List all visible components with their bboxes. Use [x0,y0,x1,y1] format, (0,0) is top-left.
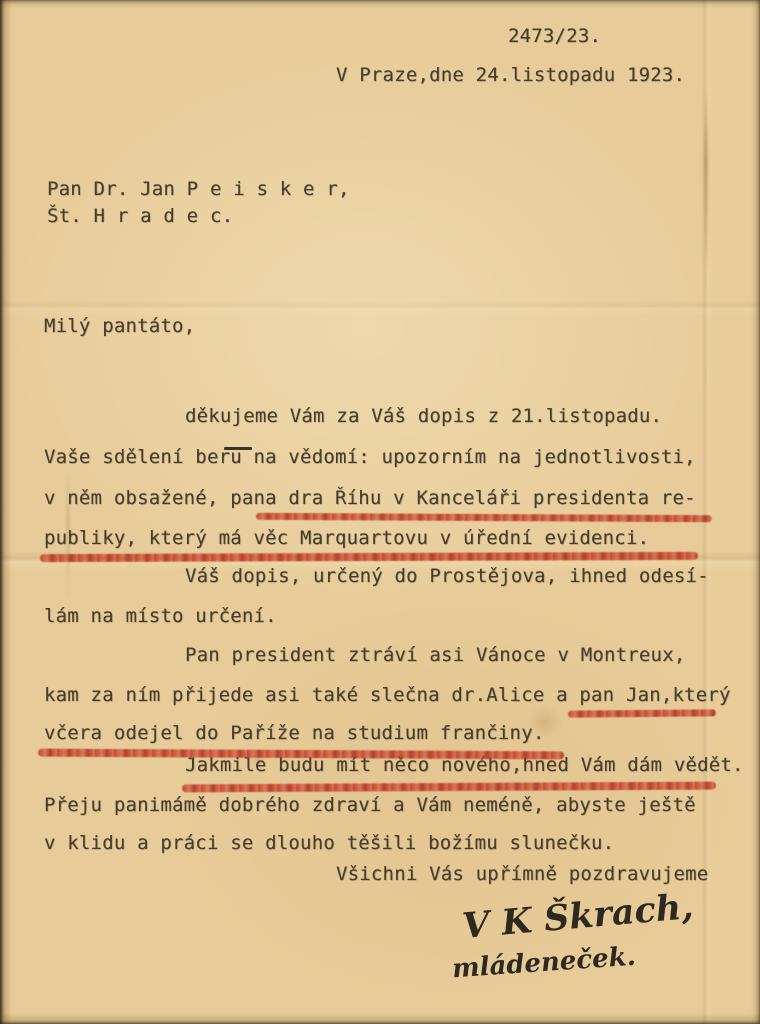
handwritten-signature: V K Škrach, [461,886,695,947]
body-line: v něm obsažené, pana dra Říhu v Kancelář… [44,486,696,510]
body-line: kam za ním přijede asi také slečna dr.Al… [44,683,731,707]
reference-number: 2473/23. [508,24,601,48]
body-line: publiky, který má věc Marquartovu v úřed… [44,526,649,550]
red-underline [568,709,716,717]
scanned-letter-page: 2473/23. V Praze,dne 24.listopadu 1923. … [0,0,760,1024]
paper-crease [66,470,70,600]
red-underline [40,552,698,562]
red-underline [38,749,564,760]
closing-line: Všichni Vás upřímně pozdravujeme [336,862,708,886]
body-line: Vaše sdělení beru na vědomí: upozorním n… [44,445,696,469]
paper-crease [704,92,708,272]
body-line: včera odejel do Paříže na studium franči… [44,721,544,745]
body-line: v klidu a práci se dlouho těšili božímu … [44,831,614,855]
salutation: Milý pantáto, [44,314,195,338]
body-line: Pan president ztráví asi Vánoce v Montre… [185,643,685,667]
red-underline [182,782,716,793]
handwritten-signature-note: mládeneček. [451,942,636,985]
body-line: Váš dopis, určený do Prostějova, ihned o… [185,564,709,588]
typewriter-overstrike-mark [224,447,252,450]
red-underline [256,513,712,522]
body-line: lám na místo určení. [44,604,277,628]
body-line: Přeju panimámě dobrého zdraví a Vám nemé… [44,793,696,817]
body-line: děkujeme Vám za Váš dopis z 21.listopadu… [185,404,662,428]
recipient-place: Št. H r a d e c. [47,204,233,228]
recipient-name: Pan Dr. Jan P e i s k e r, [47,177,350,201]
dateline: V Praze,dne 24.listopadu 1923. [336,63,685,87]
